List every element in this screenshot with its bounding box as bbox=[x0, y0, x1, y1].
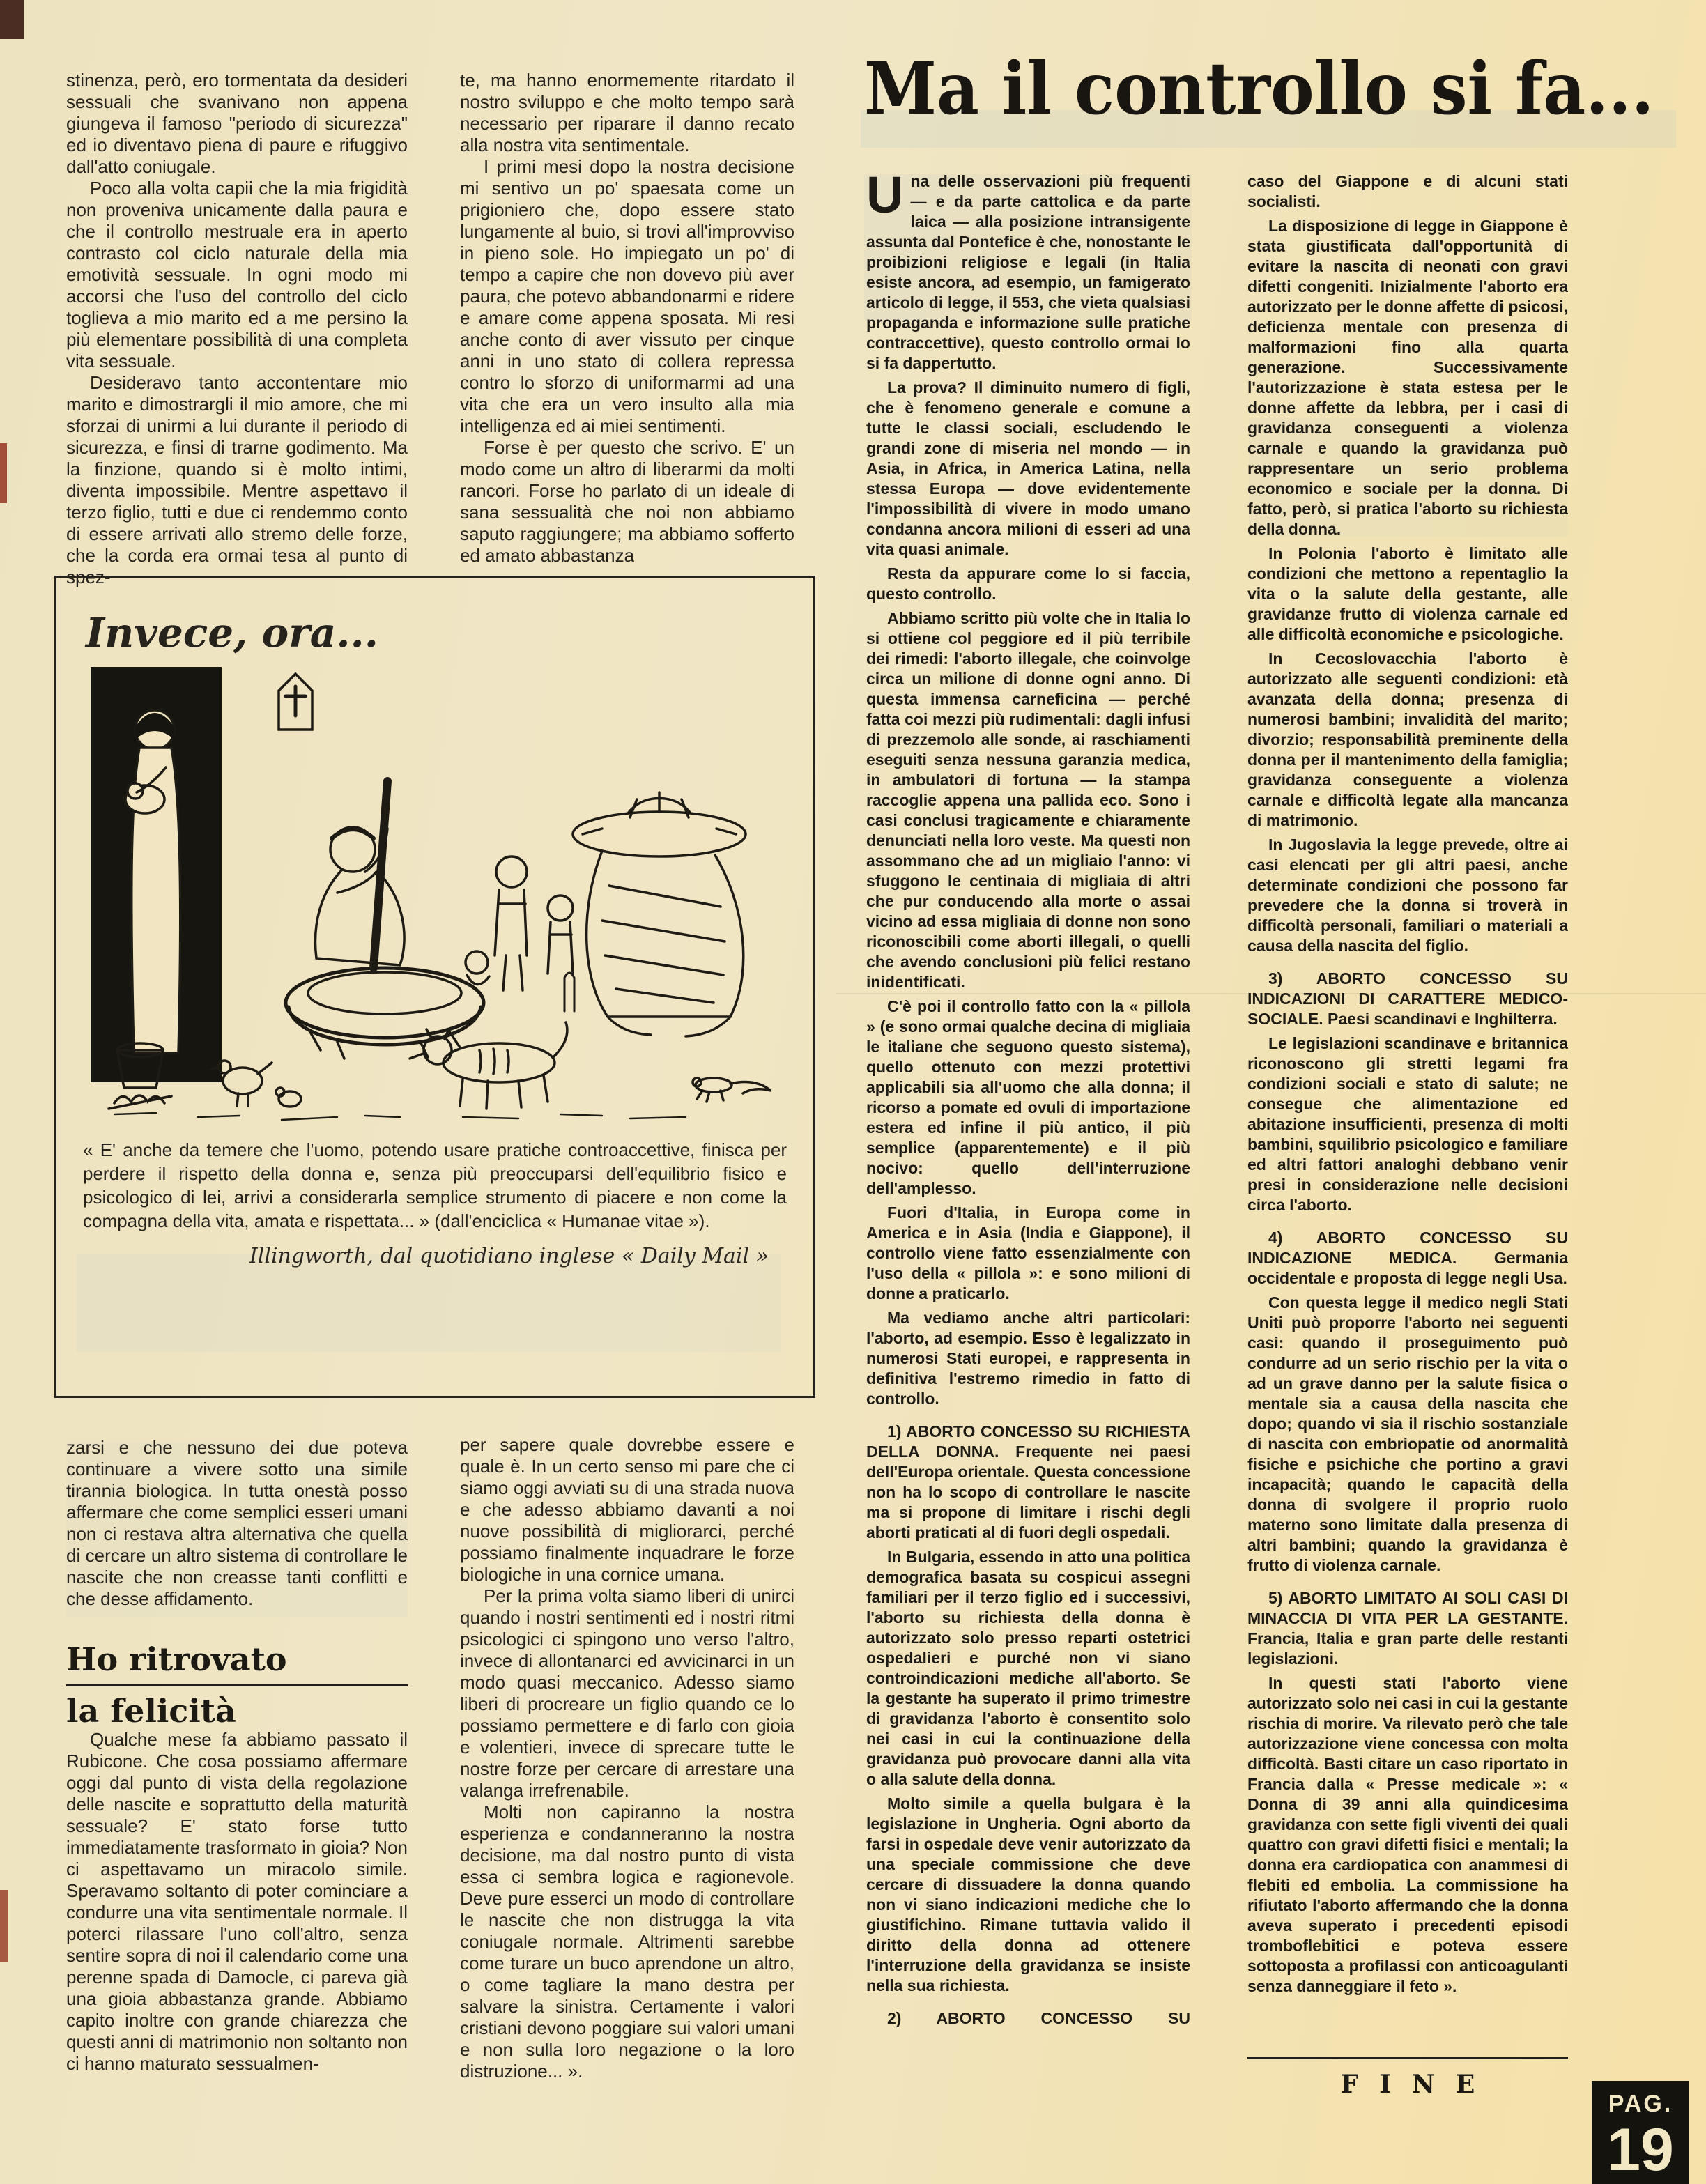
testimonial-bottom-column-1: zarsi e che nessuno dei due poteva conti… bbox=[66, 1437, 408, 2162]
page-number-box: PAG. 19 bbox=[1592, 2081, 1689, 2184]
subhead-rule bbox=[66, 1684, 408, 1686]
paragraph: zarsi e che nessuno dei due poteva conti… bbox=[66, 1437, 408, 1610]
paragraph: Molto simile a quella bulgara è la legis… bbox=[866, 1794, 1190, 1996]
paragraph: La disposizione di legge in Giappone è s… bbox=[1247, 216, 1568, 539]
illustration-title: Invece, ora... bbox=[86, 613, 813, 653]
paragraph: te, ma hanno enormemente ritardato il no… bbox=[460, 70, 794, 156]
paragraph: Molti non capiranno la nostra esperienza… bbox=[460, 1801, 794, 2082]
paragraph: La prova? Il diminuito numero di figli, … bbox=[866, 378, 1190, 560]
fine-label: FINE bbox=[1247, 2072, 1568, 2097]
paragraph: Fuori d'Italia, in Europa come in Americ… bbox=[866, 1203, 1190, 1304]
paragraph: Qualche mese fa abbiamo passato il Rubic… bbox=[66, 1729, 408, 2075]
section-lead: 2) ABORTO CONCESSO SU GIUSTIFICAZIONI DI… bbox=[866, 2009, 1190, 2028]
testimonial-bottom-column-2: per sapere quale dovrebbe essere e quale… bbox=[460, 1434, 794, 2131]
paragraph: caso del Giappone e di alcuni stati soci… bbox=[1247, 171, 1568, 212]
editorial-column-1: Una delle osservazioni più frequenti — e… bbox=[866, 171, 1190, 2028]
paragraph: per sapere quale dovrebbe essere e quale… bbox=[460, 1434, 794, 1585]
dropcap-letter: U bbox=[866, 174, 903, 216]
paragraph: Resta da appurare come lo si faccia, que… bbox=[866, 564, 1190, 604]
paragraph: I primi mesi dopo la nostra decisione mi… bbox=[460, 156, 794, 437]
section-paragraph: 3) ABORTO CONCESSO SU INDICAZIONI DI CAR… bbox=[1247, 969, 1568, 1029]
lizard bbox=[693, 1078, 771, 1102]
article-end: FINE bbox=[1247, 2057, 1568, 2097]
article-headline: Ma il controllo si fa... bbox=[864, 53, 1654, 125]
scan-artifact bbox=[0, 0, 24, 39]
dog bbox=[410, 1022, 567, 1109]
paragraph: Poco alla volta capii che la mia frigidi… bbox=[66, 178, 408, 372]
paragraph: In questi stati l'aborto viene autorizza… bbox=[1247, 1673, 1568, 1997]
section-lead: 5) ABORTO LIMITATO AI SOLI CASI DI MINAC… bbox=[1247, 1589, 1568, 1627]
illustration-credit: Illingworth, dal quotidiano inglese « Da… bbox=[56, 1244, 769, 1269]
paragraph: Per la prima volta siamo liberi di unirc… bbox=[460, 1585, 794, 1801]
subhead-line: la felicità bbox=[66, 1693, 408, 1730]
paragraph: In Bulgaria, essendo in atto una politic… bbox=[866, 1547, 1190, 1790]
section-paragraph: 1) ABORTO CONCESSO SU RICHIESTA DELLA DO… bbox=[866, 1422, 1190, 1543]
section-paragraph: 5) ABORTO LIMITATO AI SOLI CASI DI MINAC… bbox=[1247, 1588, 1568, 1669]
section-paragraph: 4) ABORTO CONCESSO SU INDICAZIONE MEDICA… bbox=[1247, 1228, 1568, 1289]
paragraph: Con questa legge il medico negli Stati U… bbox=[1247, 1293, 1568, 1576]
paragraph: In Jugoslavia la legge prevede, oltre ai… bbox=[1247, 835, 1568, 956]
cross-icon bbox=[279, 674, 312, 730]
illustration-drawing bbox=[72, 663, 797, 1123]
children bbox=[466, 856, 573, 990]
magazine-page: stinenza, però, ero tormentata da deside… bbox=[0, 0, 1706, 2184]
paragraph: Le legislazioni scandinave e britannica … bbox=[1247, 1033, 1568, 1215]
paragraph: C'è poi il controllo fatto con la « pill… bbox=[866, 997, 1190, 1199]
paragraph: In Cecoslovacchia l'aborto è autorizzato… bbox=[1247, 649, 1568, 831]
testimonial-top-column-2: te, ma hanno enormemente ritardato il no… bbox=[460, 70, 794, 591]
page-number: 19 bbox=[1592, 2120, 1689, 2180]
sombrero-man bbox=[564, 792, 746, 1036]
subhead-ho-ritrovato: Ho ritrovato la felicità bbox=[66, 1642, 408, 1729]
mother-mortar bbox=[286, 781, 484, 1059]
doorway-woman bbox=[91, 667, 222, 1082]
paragraph: In Polonia l'aborto è limitato alle cond… bbox=[1247, 544, 1568, 645]
editorial-column-2: caso del Giappone e di alcuni stati soci… bbox=[1247, 171, 1568, 2011]
subhead-line: Ho ritrovato bbox=[66, 1642, 408, 1678]
paragraph: Desideravo tanto accontentare mio marito… bbox=[66, 372, 408, 588]
scan-artifact bbox=[0, 1890, 8, 1962]
section-paragraph: 2) ABORTO CONCESSO SU GIUSTIFICAZIONI DI… bbox=[866, 2008, 1190, 2028]
paragraph: Una delle osservazioni più frequenti — e… bbox=[866, 171, 1190, 374]
scan-artifact bbox=[0, 443, 7, 503]
testimonial-top-column-1: stinenza, però, ero tormentata da deside… bbox=[66, 70, 408, 591]
paragraph: stinenza, però, ero tormentata da deside… bbox=[66, 70, 408, 178]
paragraph: Abbiamo scritto più volte che in Italia … bbox=[866, 608, 1190, 992]
fine-rule bbox=[1247, 2057, 1568, 2059]
paragraph: Ma vediamo anche altri particolari: l'ab… bbox=[866, 1308, 1190, 1409]
page-label: PAG. bbox=[1592, 2092, 1689, 2116]
illustration-caption: « E' anche da temere che l'uomo, potendo… bbox=[83, 1138, 787, 1233]
illustration-box: Invece, ora... bbox=[54, 576, 815, 1398]
chickens bbox=[210, 1061, 301, 1107]
paragraph: Forse è per questo che scrivo. E' un mod… bbox=[460, 437, 794, 567]
